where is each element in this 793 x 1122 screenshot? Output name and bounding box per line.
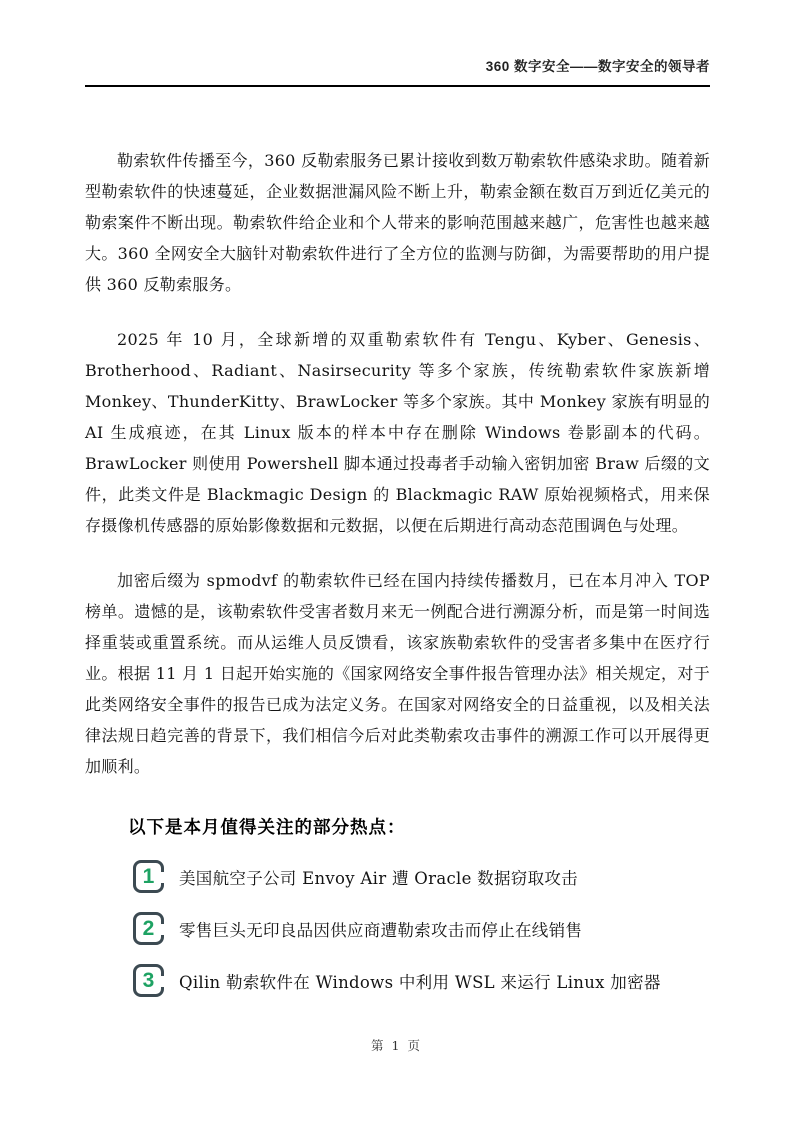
- paragraph-spmodvf: 加密后缀为 spmodvf 的勒索软件已经在国内持续传播数月，已在本月冲入 TO…: [85, 565, 710, 782]
- document-body: 勒索软件传播至今，360 反勒索服务已累计接收到数万勒索软件感染求助。随着新型勒…: [85, 145, 710, 998]
- hotspots-list: 1 美国航空子公司 Envoy Air 遭 Oracle 数据窃取攻击 2 零售…: [133, 859, 710, 998]
- number-badge-icon: 1: [133, 860, 164, 893]
- header-divider: [85, 85, 710, 87]
- list-item: 3 Qilin 勒索软件在 Windows 中利用 WSL 来运行 Linux …: [133, 963, 710, 998]
- list-item-text: 美国航空子公司 Envoy Air 遭 Oracle 数据窃取攻击: [179, 865, 578, 889]
- badge-number: 1: [143, 866, 155, 887]
- list-item: 2 零售巨头无印良品因供应商遭勒索攻击而停止在线销售: [133, 911, 710, 946]
- paragraph-new-families: 2025 年 10 月，全球新增的双重勒索软件有 Tengu、Kyber、Gen…: [85, 324, 710, 541]
- number-badge-icon: 3: [133, 964, 164, 997]
- hotspots-heading: 以下是本月值得关注的部分热点：: [128, 814, 710, 839]
- list-item: 1 美国航空子公司 Envoy Air 遭 Oracle 数据窃取攻击: [133, 859, 710, 894]
- header-title: 360 数字安全——数字安全的领导者: [486, 59, 710, 74]
- number-badge-icon: 2: [133, 912, 164, 945]
- list-item-text: Qilin 勒索软件在 Windows 中利用 WSL 来运行 Linux 加密…: [179, 969, 661, 993]
- list-item-text: 零售巨头无印良品因供应商遭勒索攻击而停止在线销售: [179, 917, 582, 941]
- page-number: 第 1 页: [0, 1036, 793, 1054]
- document-page: 360 数字安全——数字安全的领导者 勒索软件传播至今，360 反勒索服务已累计…: [0, 0, 793, 1122]
- badge-number: 2: [143, 918, 155, 939]
- paragraph-intro: 勒索软件传播至今，360 反勒索服务已累计接收到数万勒索软件感染求助。随着新型勒…: [85, 145, 710, 300]
- page-header: 360 数字安全——数字安全的领导者: [0, 0, 793, 75]
- badge-number: 3: [143, 970, 155, 991]
